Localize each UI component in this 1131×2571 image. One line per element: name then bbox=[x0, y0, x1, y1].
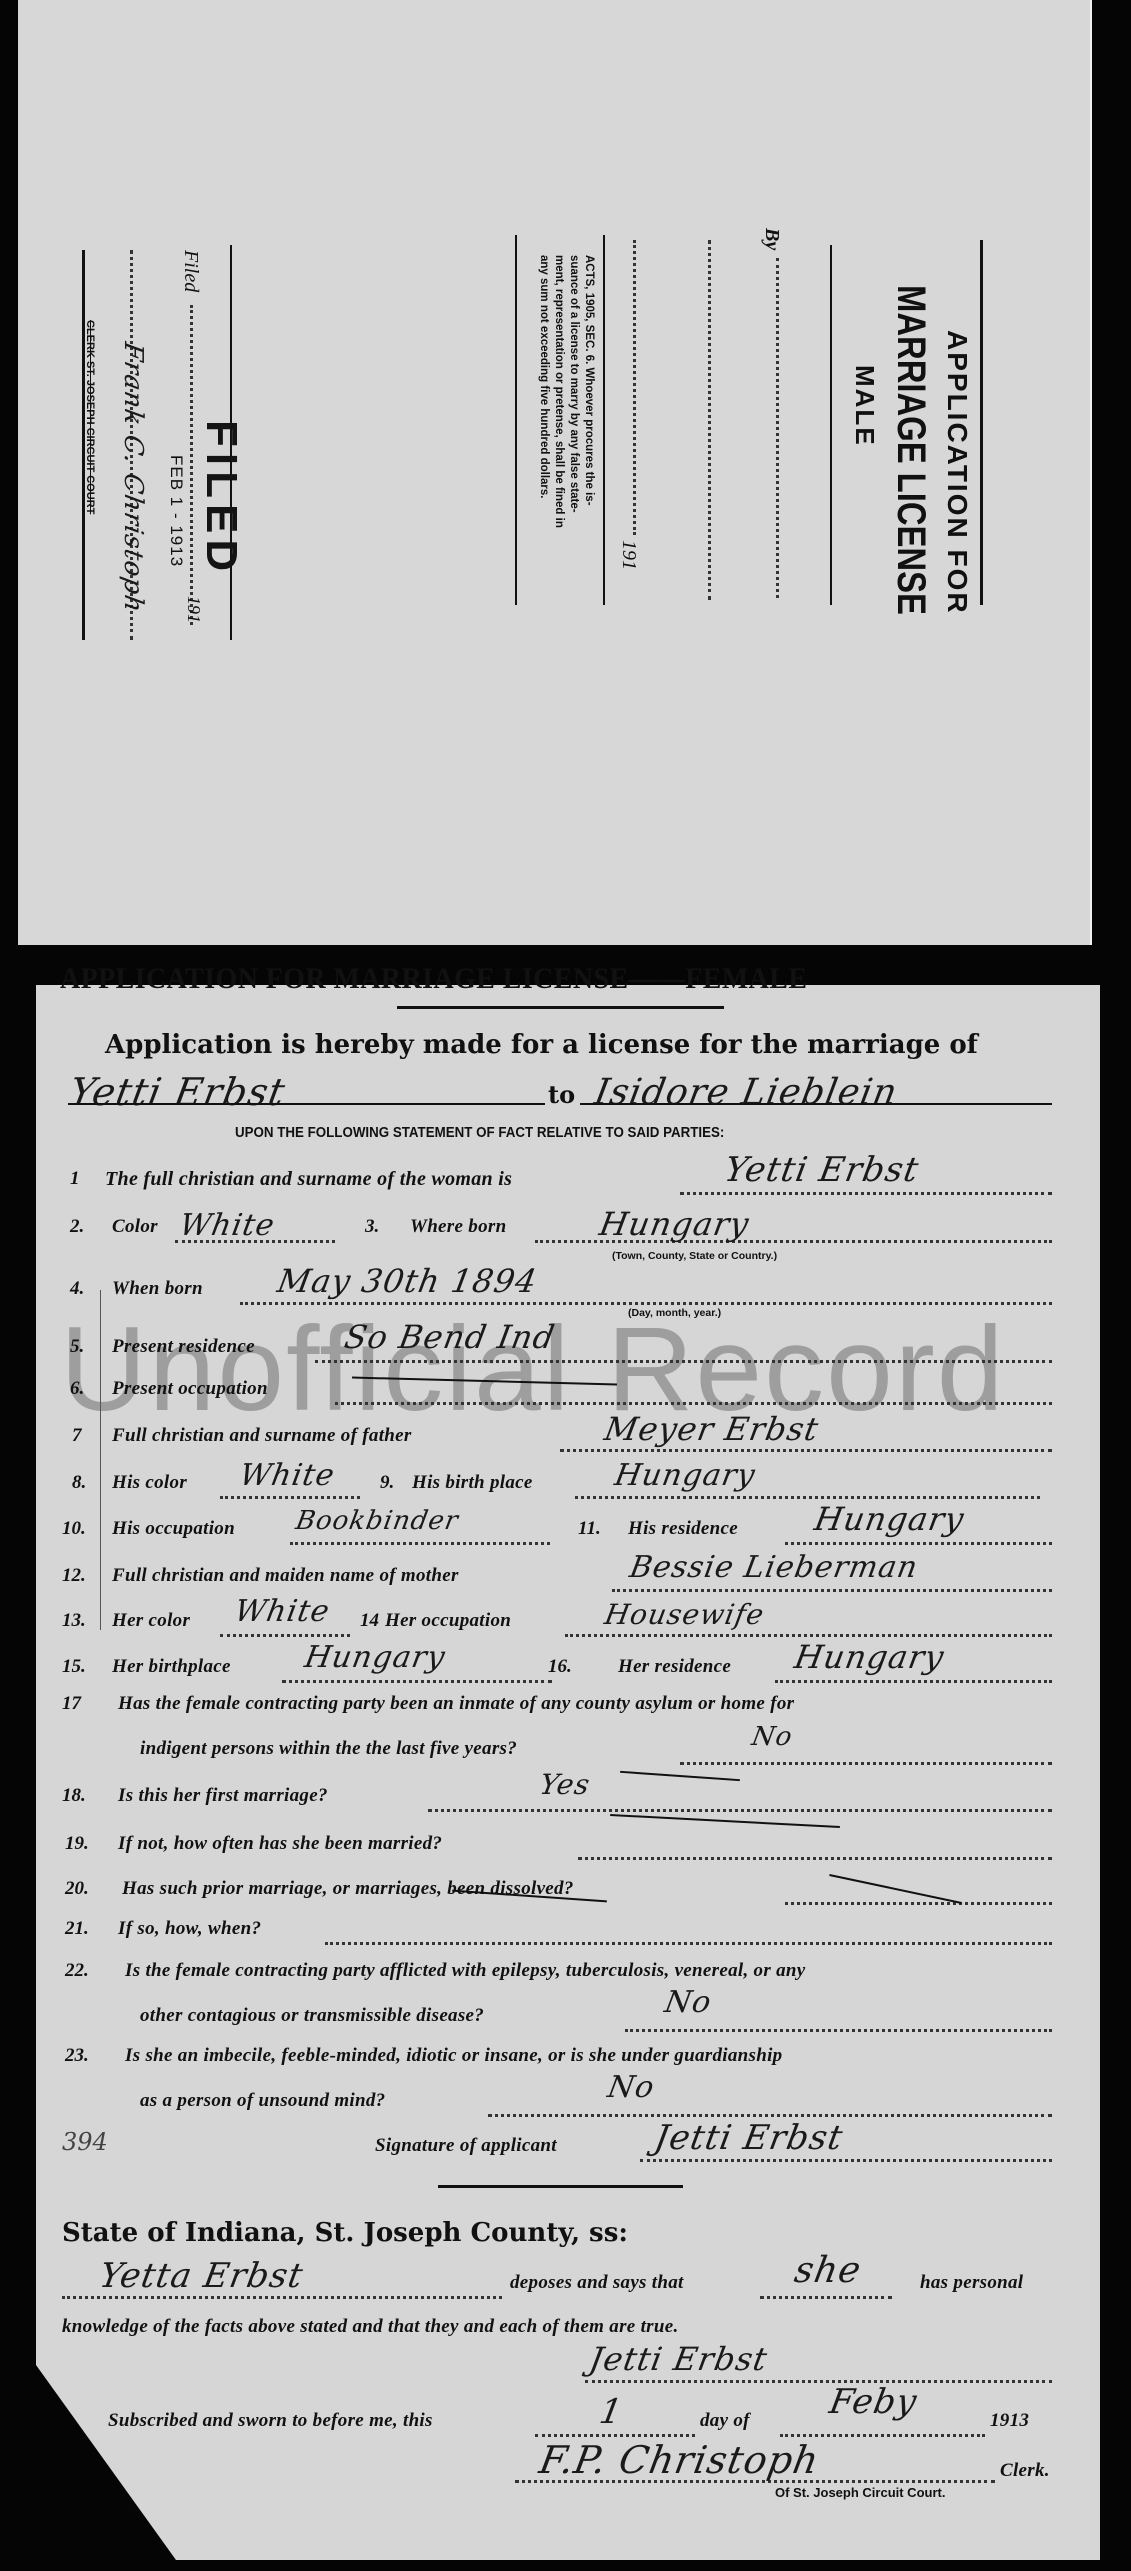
field-8-label: His color bbox=[112, 1472, 187, 1494]
field-12-label: Full christian and maiden name of mother bbox=[112, 1565, 459, 1587]
field-1-line[interactable] bbox=[680, 1192, 1052, 1195]
title-rule-right bbox=[980, 240, 983, 605]
field-11-line[interactable] bbox=[785, 1542, 1052, 1545]
field-5-number: 5. bbox=[70, 1336, 84, 1358]
field-3-number: 3. bbox=[365, 1216, 379, 1238]
field-4-hint: (Day, month, year.) bbox=[628, 1307, 721, 1319]
date-field[interactable] bbox=[633, 240, 636, 535]
field-12-value[interactable]: Bessie Lieberman bbox=[627, 1550, 921, 1585]
field-22-line[interactable] bbox=[625, 2029, 1052, 2032]
field-14-line[interactable] bbox=[565, 1634, 1052, 1637]
deponent-signature-line[interactable] bbox=[585, 2380, 1052, 2383]
filed-stamp: FILED bbox=[196, 420, 246, 577]
field-22-value[interactable]: No bbox=[662, 1985, 714, 2020]
field-17-number: 17 bbox=[62, 1693, 81, 1715]
subheader: UPON THE FOLLOWING STATEMENT OF FACT REL… bbox=[235, 1125, 724, 1141]
field-19-label: If not, how often has she been married? bbox=[118, 1833, 442, 1855]
field-14-number: 14 bbox=[360, 1610, 379, 1632]
field-15-line[interactable] bbox=[282, 1680, 552, 1683]
acts-notice: ACTS, 1905, SEC. 6. Whoever procures the… bbox=[536, 255, 596, 528]
field-17-value[interactable]: No bbox=[749, 1722, 795, 1752]
field-3-hint: (Town, County, State or Country.) bbox=[612, 1250, 777, 1262]
field-17-label: Has the female contracting party been an… bbox=[118, 1693, 794, 1715]
by-field-2[interactable] bbox=[708, 240, 711, 600]
field-7-label: Full christian and surname of father bbox=[112, 1425, 412, 1447]
field-8-value[interactable]: White bbox=[237, 1458, 338, 1493]
field-23-line[interactable] bbox=[488, 2114, 1052, 2117]
field-17-line[interactable] bbox=[680, 1762, 1052, 1765]
field-16-label: Her residence bbox=[618, 1656, 731, 1678]
signature-label: Signature of applicant bbox=[375, 2135, 557, 2157]
field-20-line[interactable] bbox=[785, 1902, 1052, 1905]
acts-rule-left bbox=[515, 235, 517, 605]
field-5-value[interactable]: So Bend Ind bbox=[342, 1318, 559, 1356]
by-field[interactable] bbox=[776, 258, 779, 598]
title-male: MALE bbox=[849, 365, 880, 447]
pronoun-line[interactable] bbox=[760, 2296, 892, 2299]
deponent-signature[interactable]: Jetti Erbst bbox=[587, 2340, 771, 2378]
field-14-label: Her occupation bbox=[385, 1610, 511, 1632]
signature-line[interactable] bbox=[640, 2159, 1052, 2162]
record-number: 394 bbox=[62, 2128, 108, 2156]
field-10-label: His occupation bbox=[112, 1518, 235, 1540]
month-line[interactable] bbox=[780, 2434, 985, 2437]
field-3-value[interactable]: Hungary bbox=[597, 1205, 753, 1243]
to-label: to bbox=[548, 1080, 575, 1109]
field-2-number: 2. bbox=[70, 1216, 84, 1238]
title-application-for: APPLICATION FOR bbox=[941, 330, 973, 615]
knowledge-text: knowledge of the facts above stated and … bbox=[62, 2316, 679, 2338]
field-9-label: His birth place bbox=[412, 1472, 533, 1494]
court-name: Of St. Joseph Circuit Court. bbox=[775, 2485, 945, 2500]
field-10-number: 10. bbox=[62, 1518, 86, 1540]
field-5-line[interactable] bbox=[315, 1360, 1052, 1363]
signature-section-rule bbox=[438, 2185, 683, 2188]
field-2-label: Color bbox=[112, 1216, 158, 1238]
field-7-value[interactable]: Meyer Erbst bbox=[602, 1410, 822, 1448]
field-15-label: Her birthplace bbox=[112, 1656, 231, 1678]
field-19-line[interactable] bbox=[578, 1857, 1052, 1860]
field-4-line[interactable] bbox=[240, 1302, 1052, 1305]
field-1-value[interactable]: Yetti Erbst bbox=[721, 1150, 922, 1190]
deponent-name[interactable]: Yetta Erbst bbox=[96, 2256, 306, 2296]
field-1-label: The full christian and surname of the wo… bbox=[105, 1168, 512, 1191]
field-16-number: 16. bbox=[548, 1656, 572, 1678]
field-18-line[interactable] bbox=[428, 1809, 1052, 1812]
by-label: By bbox=[760, 228, 783, 250]
form-header: APPLICATION FOR MARRIAGE LICENSE——FEMALE bbox=[60, 962, 807, 996]
field-22-label: Is the female contracting party afflicte… bbox=[125, 1960, 806, 1982]
header-rule bbox=[397, 1006, 724, 1009]
day-line[interactable] bbox=[535, 2434, 695, 2437]
field-13-label: Her color bbox=[112, 1610, 190, 1632]
field-8-line[interactable] bbox=[220, 1496, 360, 1499]
clerk-title: CLERK ST. JOSEPH CIRCUIT COURT bbox=[84, 320, 96, 514]
filed-date-stamp: FEB 1 - 1913 bbox=[166, 455, 186, 567]
field-9-number: 9. bbox=[380, 1472, 394, 1494]
field-11-value[interactable]: Hungary bbox=[812, 1500, 968, 1538]
field-12-number: 12. bbox=[62, 1565, 86, 1587]
clerk-label: Clerk. bbox=[1000, 2460, 1050, 2482]
field-5-label: Present residence bbox=[112, 1336, 255, 1358]
field-21-number: 21. bbox=[65, 1918, 89, 1940]
deponent-line[interactable] bbox=[62, 2296, 502, 2299]
field-10-line[interactable] bbox=[290, 1542, 550, 1545]
field-16-line[interactable] bbox=[775, 1680, 1052, 1683]
field-16-value[interactable]: Hungary bbox=[792, 1638, 948, 1676]
field-21-line[interactable] bbox=[325, 1942, 1052, 1945]
field-10-value[interactable]: Bookbinder bbox=[293, 1506, 461, 1536]
field-6-number: 6. bbox=[70, 1378, 84, 1400]
field-7-line[interactable] bbox=[560, 1449, 1052, 1452]
title-rule-left bbox=[830, 245, 832, 605]
pronoun-value[interactable]: she bbox=[791, 2250, 864, 2291]
date-year-prefix: 191 bbox=[617, 540, 640, 570]
clerk-signature: Frank C. Christoph bbox=[118, 340, 148, 616]
field-11-number: 11. bbox=[578, 1518, 601, 1540]
male-application-cover-page: APPLICATION FOR MARRIAGE LICENSE MALE By… bbox=[18, 0, 1092, 945]
field-12-line[interactable] bbox=[612, 1589, 1052, 1592]
field-13-number: 13. bbox=[62, 1610, 86, 1632]
groom-name-field[interactable] bbox=[580, 1103, 1052, 1105]
field-13-value[interactable]: White bbox=[232, 1594, 333, 1629]
groom-name: Isidore Lieblein bbox=[591, 1072, 900, 1113]
title-marriage-license: MARRIAGE LICENSE bbox=[888, 285, 933, 615]
field-6-label: Present occupation bbox=[112, 1378, 268, 1400]
filed-label: Filed bbox=[179, 250, 202, 292]
field-23-value[interactable]: No bbox=[605, 2070, 657, 2105]
year-value: 1913 bbox=[990, 2410, 1029, 2432]
field-2-value[interactable]: White bbox=[177, 1208, 278, 1243]
field-21-label: If so, how, when? bbox=[118, 1918, 261, 1940]
field-15-value[interactable]: Hungary bbox=[302, 1640, 448, 1675]
field-22-number: 22. bbox=[65, 1960, 89, 1982]
field-18-label: Is this her first marriage? bbox=[118, 1785, 328, 1807]
bride-name-field[interactable] bbox=[68, 1103, 545, 1105]
signature-value[interactable]: Jetti Erbst bbox=[651, 2118, 846, 2158]
field-15-number: 15. bbox=[62, 1656, 86, 1678]
field-14-value[interactable]: Housewife bbox=[602, 1598, 767, 1631]
clerk-signature[interactable]: F.P. Christoph bbox=[536, 2438, 823, 2482]
intro-text: Application is hereby made for a license… bbox=[105, 1030, 978, 1060]
field-4-label: When born bbox=[112, 1278, 203, 1300]
field-3-label: Where born bbox=[410, 1216, 506, 1238]
field-17-label-2: indigent persons within the the last fiv… bbox=[140, 1738, 517, 1760]
field-1-number: 1 bbox=[70, 1168, 80, 1190]
day-of-text: day of bbox=[700, 2410, 750, 2432]
margin-rule bbox=[100, 1290, 101, 1630]
field-19-number: 19. bbox=[65, 1833, 89, 1855]
field-9-line[interactable] bbox=[575, 1496, 1040, 1499]
field-6-line[interactable] bbox=[335, 1402, 1052, 1405]
field-22-label-2: other contagious or transmissible diseas… bbox=[140, 2005, 484, 2027]
field-23-label: Is she an imbecile, feeble-minded, idiot… bbox=[125, 2045, 782, 2067]
has-personal-text: has personal bbox=[920, 2272, 1023, 2294]
field-20-label: Has such prior marriage, or marriages, b… bbox=[122, 1878, 574, 1900]
field-20-number: 20. bbox=[65, 1878, 89, 1900]
field-18-value[interactable]: Yes bbox=[537, 1768, 593, 1801]
field-23-number: 23. bbox=[65, 2045, 89, 2067]
deposes-text: deposes and says that bbox=[510, 2272, 684, 2294]
bride-name: Yetti Erbst bbox=[66, 1070, 289, 1114]
filed-year-prefix: 191 bbox=[183, 596, 204, 623]
field-18-number: 18. bbox=[62, 1785, 86, 1807]
field-11-label: His residence bbox=[628, 1518, 738, 1540]
month-value[interactable]: Feby bbox=[826, 2382, 920, 2422]
field-4-number: 4. bbox=[70, 1278, 84, 1300]
field-8-number: 8. bbox=[72, 1472, 86, 1494]
affidavit-heading: State of Indiana, St. Joseph County, ss: bbox=[62, 2218, 628, 2248]
field-13-line[interactable] bbox=[220, 1634, 350, 1637]
field-7-number: 7 bbox=[72, 1425, 82, 1447]
acts-rule-right bbox=[603, 235, 605, 605]
field-9-value[interactable]: Hungary bbox=[612, 1458, 758, 1493]
sworn-text: Subscribed and sworn to before me, this bbox=[108, 2410, 433, 2432]
field-23-label-2: as a person of unsound mind? bbox=[140, 2090, 385, 2112]
filed-date-field[interactable] bbox=[190, 305, 193, 625]
field-4-value[interactable]: May 30th 1894 bbox=[275, 1262, 541, 1300]
